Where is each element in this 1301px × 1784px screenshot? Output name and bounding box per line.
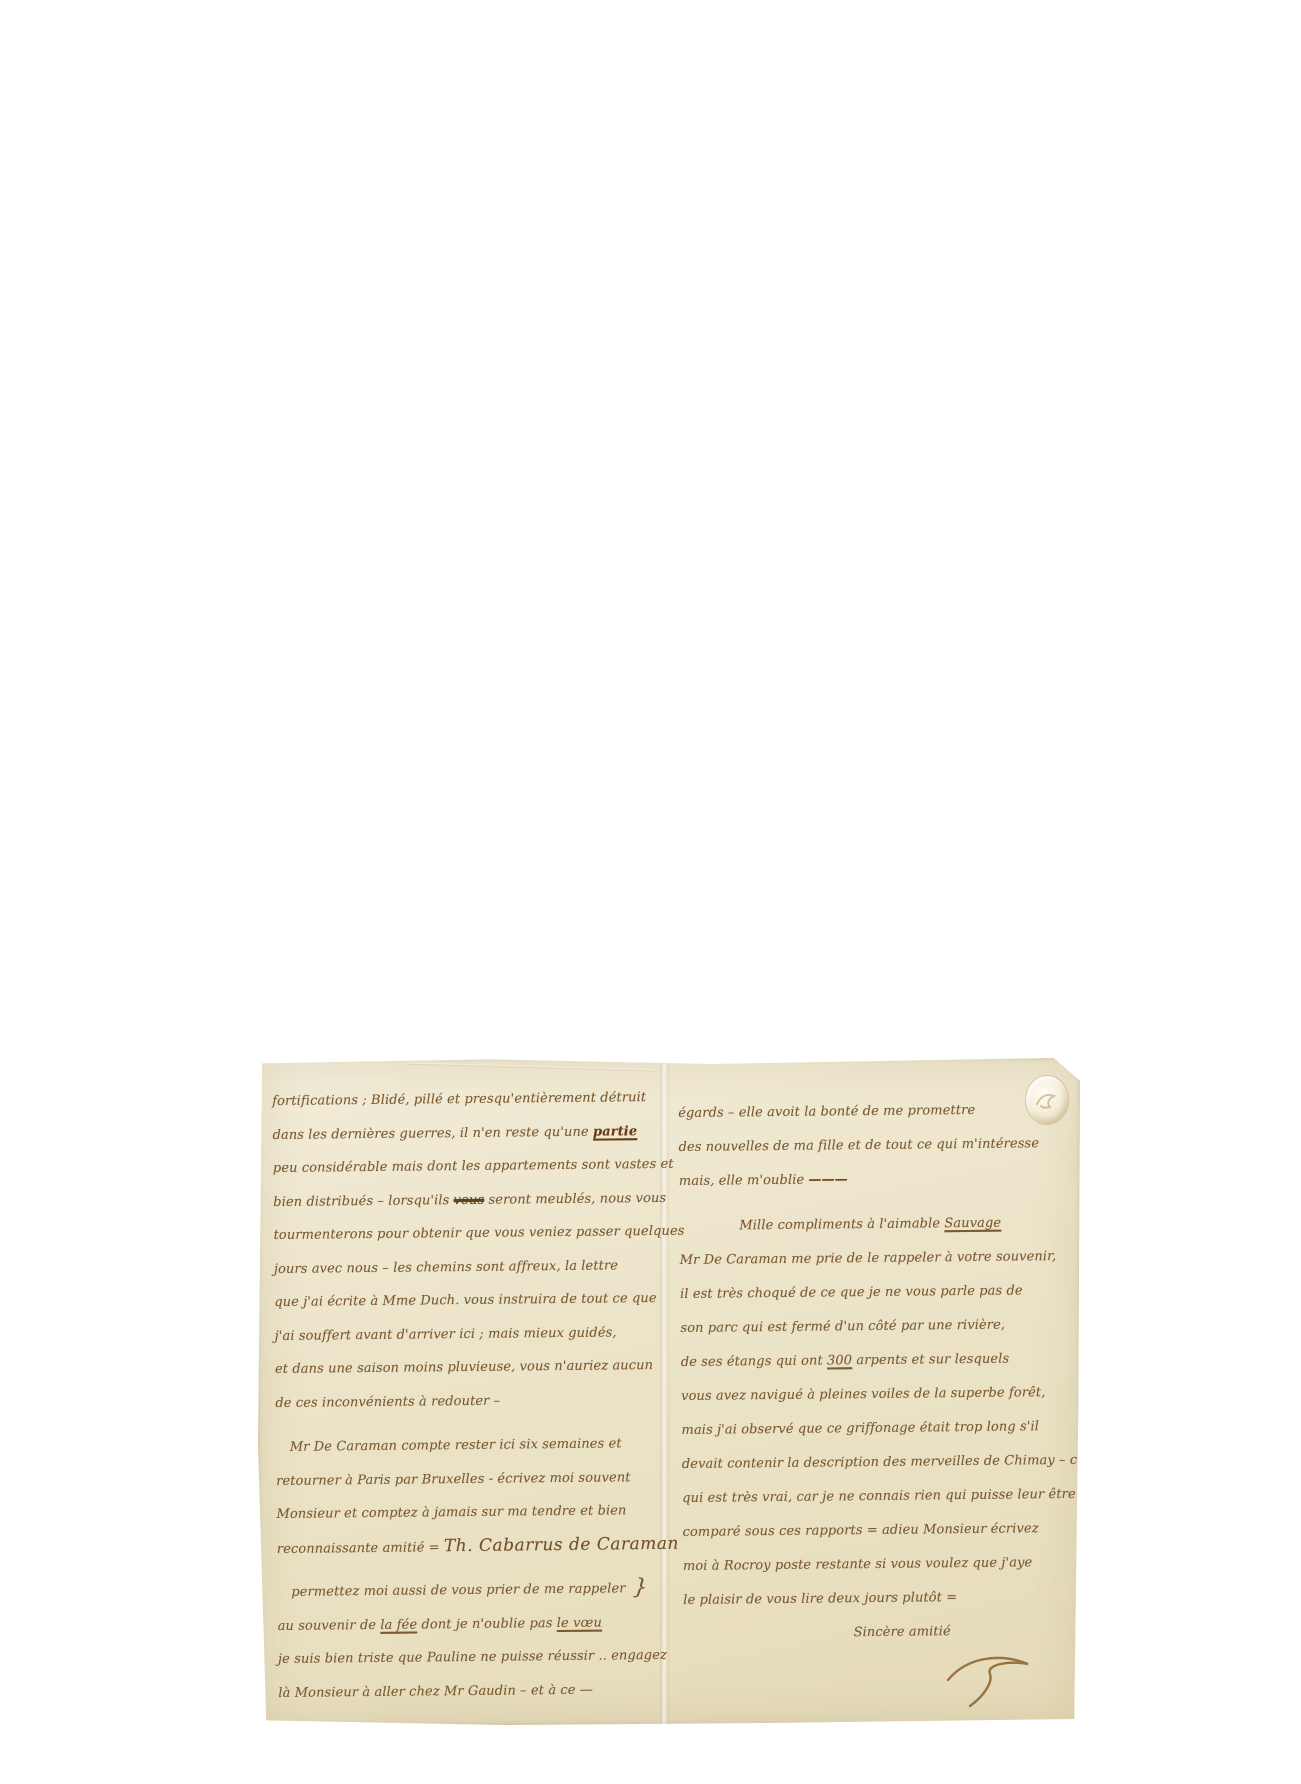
manuscript-line: égards – elle avoit la bonté de me prome… <box>678 1093 1074 1131</box>
paper-crease <box>408 1063 658 1072</box>
manuscript-line: moi à Rocroy poste restante si vous voul… <box>683 1546 1079 1584</box>
manuscript-line: fortifications ; Blidé, pillé et presqu'… <box>272 1081 660 1119</box>
manuscript-line: je suis bien triste que Pauline ne puiss… <box>278 1639 666 1677</box>
manuscript-line: j'ai souffert avant d'arriver ici ; mais… <box>274 1315 662 1353</box>
signature-paraph <box>940 1648 1044 1710</box>
manuscript-line: que j'ai écrite à Mme Duch. vous instrui… <box>274 1282 662 1320</box>
manuscript-line: là Monsieur à aller chez Mr Gaudin – et … <box>278 1672 666 1710</box>
manuscript-line: mais j'ai observé que ce griffonage étai… <box>681 1410 1077 1448</box>
paragraph: Mille compliments à l'aimable SauvageMr … <box>679 1206 1080 1652</box>
paragraph: égards – elle avoit la bonté de me prome… <box>678 1093 1075 1199</box>
manuscript-line: qui est très vrai, car je ne connais rie… <box>682 1478 1078 1516</box>
letter-page-left: } fortifications ; Blidé, pillé et presq… <box>272 1081 667 1710</box>
manuscript-line: de ses étangs qui ont 300 arpents et sur… <box>681 1342 1077 1380</box>
manuscript-line: son parc qui est fermé d'un côté par une… <box>680 1308 1076 1346</box>
manuscript-line: devait contenir la description des merve… <box>682 1444 1078 1482</box>
letter-sheet: } fortifications ; Blidé, pillé et presq… <box>258 1058 1080 1725</box>
flourish-brace: } <box>632 1575 648 1601</box>
manuscript-line: au souvenir de la fée dont je n'oublie p… <box>277 1605 665 1643</box>
manuscript-line: mais, elle m'oublie ——— <box>679 1161 1075 1199</box>
manuscript-line: reconnaissante amitié = Th. Cabarrus de … <box>277 1527 665 1565</box>
manuscript-line: permettez moi aussi de vous prier de me … <box>291 1572 665 1609</box>
manuscript-line: retourner à Paris par Bruxelles - écrive… <box>276 1460 664 1498</box>
paragraph: fortifications ; Blidé, pillé et presqu'… <box>272 1081 663 1420</box>
manuscript-line: tourmenterons pour obtenir que vous veni… <box>273 1215 661 1253</box>
manuscript-line: vous avez navigué à pleines voiles de la… <box>681 1376 1077 1414</box>
manuscript-line: Sincère amitié <box>853 1614 1079 1650</box>
manuscript-line: et dans une saison moins pluvieuse, vous… <box>275 1349 663 1387</box>
paragraph: permettez moi aussi de vous prier de me … <box>277 1572 666 1710</box>
paragraph: Mr De Caraman compte rester ici six sema… <box>276 1427 665 1565</box>
manuscript-line: le plaisir de vous lire deux jours plutô… <box>683 1580 1079 1618</box>
manuscript-line: il est très choqué de ce que je ne vous … <box>680 1274 1076 1312</box>
manuscript-line: jours avec nous – les chemins sont affre… <box>274 1248 662 1286</box>
manuscript-line: de ces inconvénients à redouter – <box>275 1382 663 1420</box>
manuscript-line: Mr De Caraman compte rester ici six sema… <box>290 1427 664 1464</box>
manuscript-line: peu considérable mais dont les apparteme… <box>273 1148 661 1186</box>
manuscript-line: comparé sous ces rapports = adieu Monsie… <box>682 1512 1078 1550</box>
manuscript-line: Mr De Caraman me prie de le rappeler à v… <box>680 1240 1076 1278</box>
manuscript-line: bien distribués – lorsqu'ils vous seront… <box>273 1181 661 1219</box>
manuscript-line: Mille compliments à l'aimable Sauvage <box>739 1206 1075 1244</box>
manuscript-line: des nouvelles de ma fille et de tout ce … <box>678 1127 1074 1165</box>
letter-page-right: égards – elle avoit la bonté de me prome… <box>678 1093 1080 1652</box>
manuscript-line: dans les dernières guerres, il n'en rest… <box>272 1114 660 1152</box>
manuscript-line: Monsieur et comptez à jamais sur ma tend… <box>276 1494 664 1532</box>
photo-canvas: } fortifications ; Blidé, pillé et presq… <box>0 0 1301 1784</box>
